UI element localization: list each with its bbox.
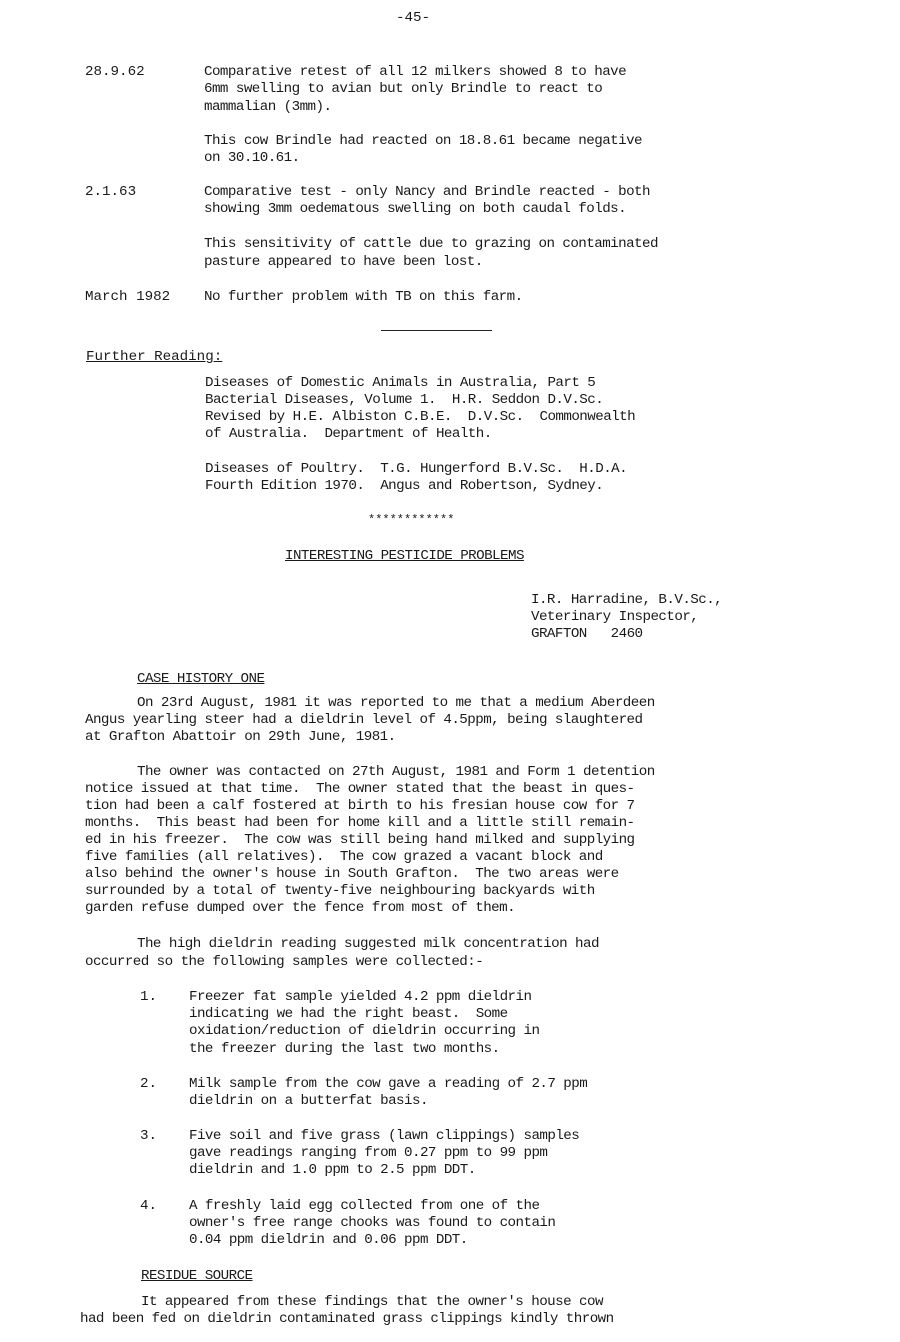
paragraph-line: On 23rd August, 1981 it was reported to … <box>137 695 655 712</box>
case-heading: CASE HISTORY ONE <box>137 671 264 688</box>
paragraph-line: It appeared from these findings that the… <box>141 1294 603 1311</box>
reference-line: Revised by H.E. Albiston C.B.E. D.V.Sc. … <box>205 409 635 426</box>
timeline-line: 6mm swelling to avian but only Brindle t… <box>204 81 602 98</box>
timeline-line: mammalian (3mm). <box>204 99 331 116</box>
paragraph-line: tion had been a calf fostered at birth t… <box>85 798 635 815</box>
timeline-date: March 1982 <box>85 289 170 306</box>
sample-line: Freezer fat sample yielded 4.2 ppm dield… <box>189 989 531 1006</box>
paragraph-line: Angus yearling steer had a dieldrin leve… <box>85 712 642 729</box>
sample-line: gave readings ranging from 0.27 ppm to 9… <box>189 1145 547 1162</box>
further-reading-heading: Further Reading: <box>86 349 222 366</box>
paragraph-line: The owner was contacted on 27th August, … <box>137 764 655 781</box>
sample-line: the freezer during the last two months. <box>189 1041 500 1058</box>
paragraph-line: The high dieldrin reading suggested milk… <box>137 936 599 953</box>
paragraph-line: ed in his freezer. The cow was still bei… <box>85 832 635 849</box>
sample-number: 2. <box>140 1076 157 1093</box>
page-number: -45- <box>396 10 430 27</box>
sample-line: dieldrin on a butterfat basis. <box>189 1093 428 1110</box>
reference-line: Diseases of Domestic Animals in Australi… <box>205 375 595 392</box>
paragraph-line: months. This beast had been for home kil… <box>85 815 635 832</box>
timeline-line: No further problem with TB on this farm. <box>204 289 523 306</box>
paragraph-line: five families (all relatives). The cow g… <box>85 849 603 866</box>
separator: ************ <box>368 512 454 529</box>
section-divider <box>381 330 492 331</box>
timeline-line: showing 3mm oedematous swelling on both … <box>204 201 626 218</box>
reference-line: Fourth Edition 1970. Angus and Robertson… <box>205 478 603 495</box>
residue-heading: RESIDUE SOURCE <box>141 1268 253 1285</box>
timeline-line: This cow Brindle had reacted on 18.8.61 … <box>204 133 642 150</box>
paragraph-line: notice issued at that time. The owner st… <box>85 781 635 798</box>
reference-line: Bacterial Diseases, Volume 1. H.R. Seddo… <box>205 392 603 409</box>
author-line: Veterinary Inspector, <box>531 609 698 626</box>
sample-line: dieldrin and 1.0 ppm to 2.5 ppm DDT. <box>189 1162 476 1179</box>
paragraph-line: occurred so the following samples were c… <box>85 954 483 971</box>
sample-number: 4. <box>140 1198 157 1215</box>
article-title: INTERESTING PESTICIDE PROBLEMS <box>285 548 524 565</box>
reference-line: Diseases of Poultry. T.G. Hungerford B.V… <box>205 461 627 478</box>
sample-line: 0.04 ppm dieldrin and 0.06 ppm DDT. <box>189 1232 468 1249</box>
timeline-line: pasture appeared to have been lost. <box>204 254 483 271</box>
sample-line: A freshly laid egg collected from one of… <box>189 1198 539 1215</box>
sample-line: Milk sample from the cow gave a reading … <box>189 1076 587 1093</box>
timeline-line: on 30.10.61. <box>204 150 300 167</box>
sample-line: owner's free range chooks was found to c… <box>189 1215 555 1232</box>
author-line: I.R. Harradine, B.V.Sc., <box>531 592 722 609</box>
reference-line: of Australia. Department of Health. <box>205 426 492 443</box>
sample-number: 3. <box>140 1128 157 1145</box>
sample-line: oxidation/reduction of dieldrin occurrin… <box>189 1023 539 1040</box>
paragraph-line: also behind the owner's house in South G… <box>85 866 619 883</box>
timeline-date: 28.9.62 <box>85 64 145 81</box>
sample-line: indicating we had the right beast. Some <box>189 1006 508 1023</box>
timeline-line: Comparative retest of all 12 milkers sho… <box>204 64 626 81</box>
paragraph-line: surrounded by a total of twenty-five nei… <box>85 883 595 900</box>
timeline-line: This sensitivity of cattle due to grazin… <box>204 236 658 253</box>
timeline-line: Comparative test - only Nancy and Brindl… <box>204 184 650 201</box>
paragraph-line: had been fed on dieldrin contaminated gr… <box>80 1311 614 1328</box>
paragraph-line: at Grafton Abattoir on 29th June, 1981. <box>85 729 396 746</box>
paragraph-line: garden refuse dumped over the fence from… <box>85 900 515 917</box>
sample-line: Five soil and five grass (lawn clippings… <box>189 1128 579 1145</box>
author-line: GRAFTON 2460 <box>531 626 643 643</box>
sample-number: 1. <box>140 989 157 1006</box>
timeline-date: 2.1.63 <box>85 184 136 201</box>
